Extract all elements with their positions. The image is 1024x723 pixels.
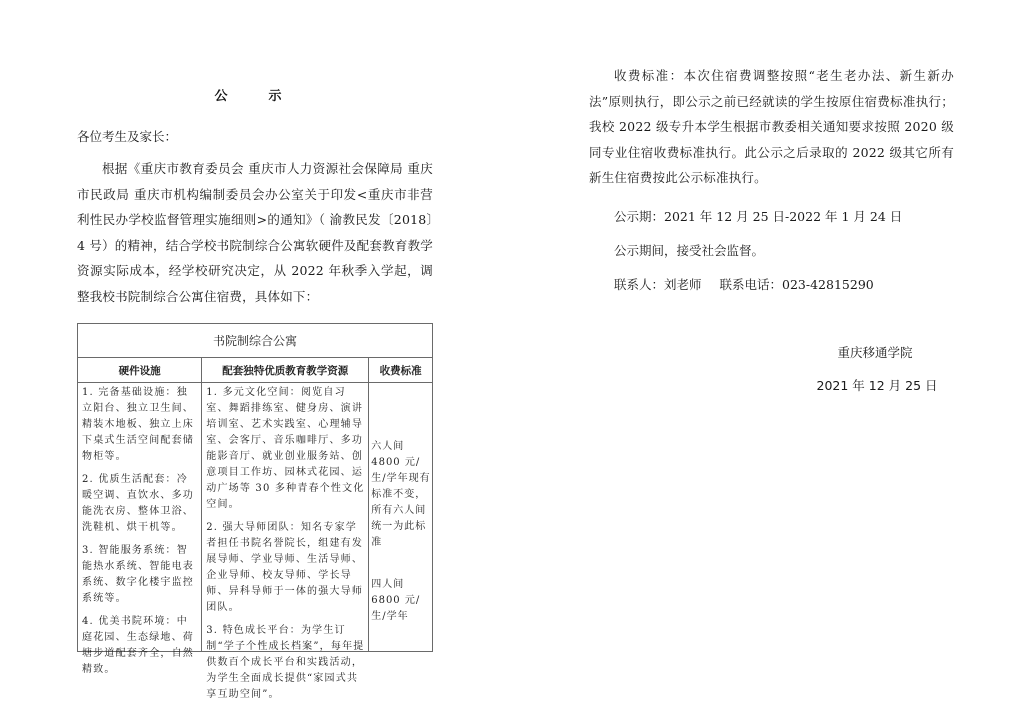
- resource-item: 3. 特色成长平台：为学生订制“学子个性成长档案”，每年提供数百个成长平台和实践…: [206, 623, 365, 703]
- salutation: 各位考生及家长：: [77, 127, 177, 145]
- supervision-note: 公示期间，接受社会监督。: [614, 241, 764, 259]
- signature-date: 2021 年 12 月 25 日: [811, 376, 943, 394]
- hardware-cell: 1. 完备基础设施：独立阳台、独立卫生间、精装木地板、独立上床下桌式生活空间配套…: [78, 383, 202, 652]
- resources-cell: 1. 多元文化空间：阅览自习室、舞蹈排练室、健身房、演讲培训室、艺术实践室、心理…: [202, 383, 369, 652]
- table-caption-row: 书院制综合公寓: [78, 324, 433, 358]
- header-fee: 收费标准: [369, 358, 433, 383]
- hardware-item: 3. 智能服务系统：智能热水系统、智能电表系统、数字化楼宇监控系统等。: [82, 543, 198, 607]
- intro-paragraph: 根据《重庆市教育委员会 重庆市人力资源社会保障局 重庆市民政局 重庆市机构编制委…: [77, 156, 433, 309]
- resource-item: 2. 强大导师团队：知名专家学者担任书院名誉院长，组建有发展导师、学业导师、生活…: [206, 520, 365, 616]
- hardware-item: 2. 优质生活配套：冷暖空调、直饮水、多功能洗衣房、整体卫浴、洗鞋机、烘干机等。: [82, 472, 198, 536]
- fee-standard-paragraph: 收费标准：本次住宿费调整按照“老生老办法、新生新办法”原则执行，即公示之前已经就…: [589, 63, 954, 191]
- page-title: 公 示: [77, 85, 433, 104]
- hardware-item: 1. 完备基础设施：独立阳台、独立卫生间、精装木地板、独立上床下桌式生活空间配套…: [82, 385, 198, 465]
- fee-six-person: 六人间 4800 元/生/学年现有标准不变，所有六人间统一为此标准: [371, 439, 432, 551]
- table-caption: 书院制综合公寓: [78, 324, 433, 358]
- notice-period: 公示期：2021 年 12 月 25 日-2022 年 1 月 24 日: [614, 207, 902, 225]
- contact-person: 联系人：刘老师: [614, 277, 702, 292]
- header-hardware: 硬件设施: [78, 358, 202, 383]
- contact-line: 联系人：刘老师联系电话：023-42815290: [614, 275, 874, 293]
- table-header-row: 硬件设施 配套独特优质教育教学资源 收费标准: [78, 358, 433, 383]
- hardware-item: 4. 优美书院环境：中庭花园、生态绿地、荷塘步道配套齐全，自然精致。: [82, 614, 198, 678]
- header-resources: 配套独特优质教育教学资源: [202, 358, 369, 383]
- resource-item: 1. 多元文化空间：阅览自习室、舞蹈排练室、健身房、演讲培训室、艺术实践室、心理…: [206, 385, 365, 513]
- contact-phone: 联系电话：023-42815290: [720, 277, 874, 292]
- fee-cell: 六人间 4800 元/生/学年现有标准不变，所有六人间统一为此标准 四人间 68…: [369, 383, 433, 652]
- table-row: 1. 完备基础设施：独立阳台、独立卫生间、精装木地板、独立上床下桌式生活空间配套…: [78, 383, 433, 652]
- fee-table: 书院制综合公寓 硬件设施 配套独特优质教育教学资源 收费标准 1. 完备基础设施…: [77, 323, 433, 652]
- fee-four-person: 四人间 6800 元/生/学年: [371, 577, 432, 625]
- signature-organization: 重庆移通学院: [815, 343, 935, 361]
